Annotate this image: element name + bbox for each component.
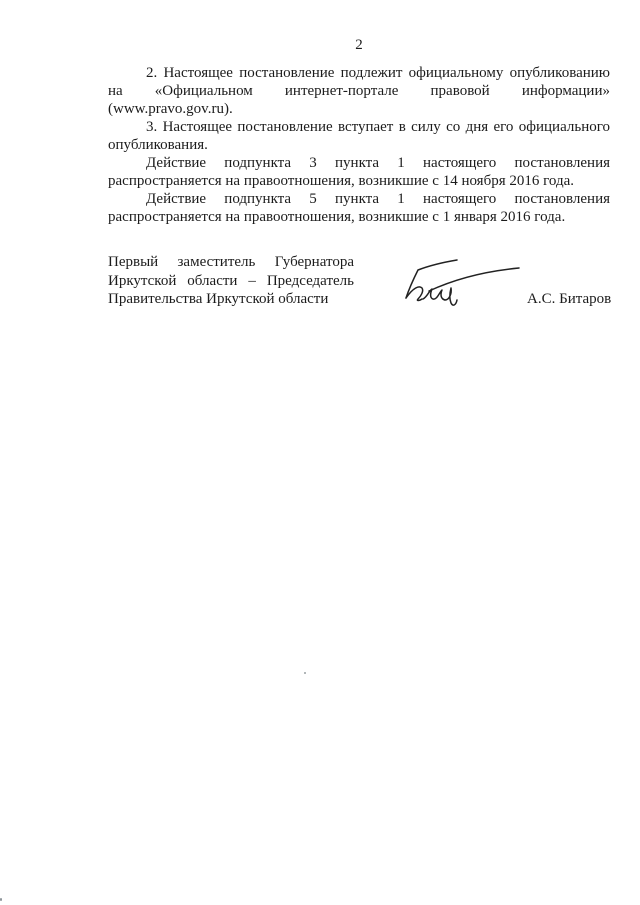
signoff-title: Первый заместитель Губернатора Иркутской… xyxy=(108,253,354,309)
text-line: Действие подпункта 3 пункта 1 настоящего… xyxy=(108,154,610,172)
text-line: 2. Настоящее постановление подлежит офиц… xyxy=(108,64,610,82)
text-line: опубликования. xyxy=(108,136,610,154)
text-line: на «Официальном интернет-портале правово… xyxy=(108,82,610,100)
signatory-name: А.С. Битаров xyxy=(527,290,611,308)
signoff-title-line: Правительства Иркутской области xyxy=(108,290,354,309)
signoff-title-line: Первый заместитель Губернатора xyxy=(108,253,354,272)
text-line: распространяется на правоотношения, возн… xyxy=(108,172,610,190)
page-number: 2 xyxy=(108,36,610,54)
scan-artifact-dot xyxy=(0,898,2,901)
text-line: (www.pravo.gov.ru). xyxy=(108,100,610,118)
scan-artifact-dot xyxy=(304,672,306,674)
document-page: 2 2. Настоящее постановление подлежит оф… xyxy=(0,0,640,905)
text-line: Действие подпункта 5 пункта 1 настоящего… xyxy=(108,190,610,208)
text-line: 3. Настоящее постановление вступает в си… xyxy=(108,118,610,136)
body-text: 2. Настоящее постановление подлежит офиц… xyxy=(108,64,610,226)
text-line: распространяется на правоотношения, возн… xyxy=(108,208,610,226)
handwritten-signature-icon xyxy=(395,252,525,324)
signoff-title-line: Иркутской области – Председатель xyxy=(108,272,354,291)
